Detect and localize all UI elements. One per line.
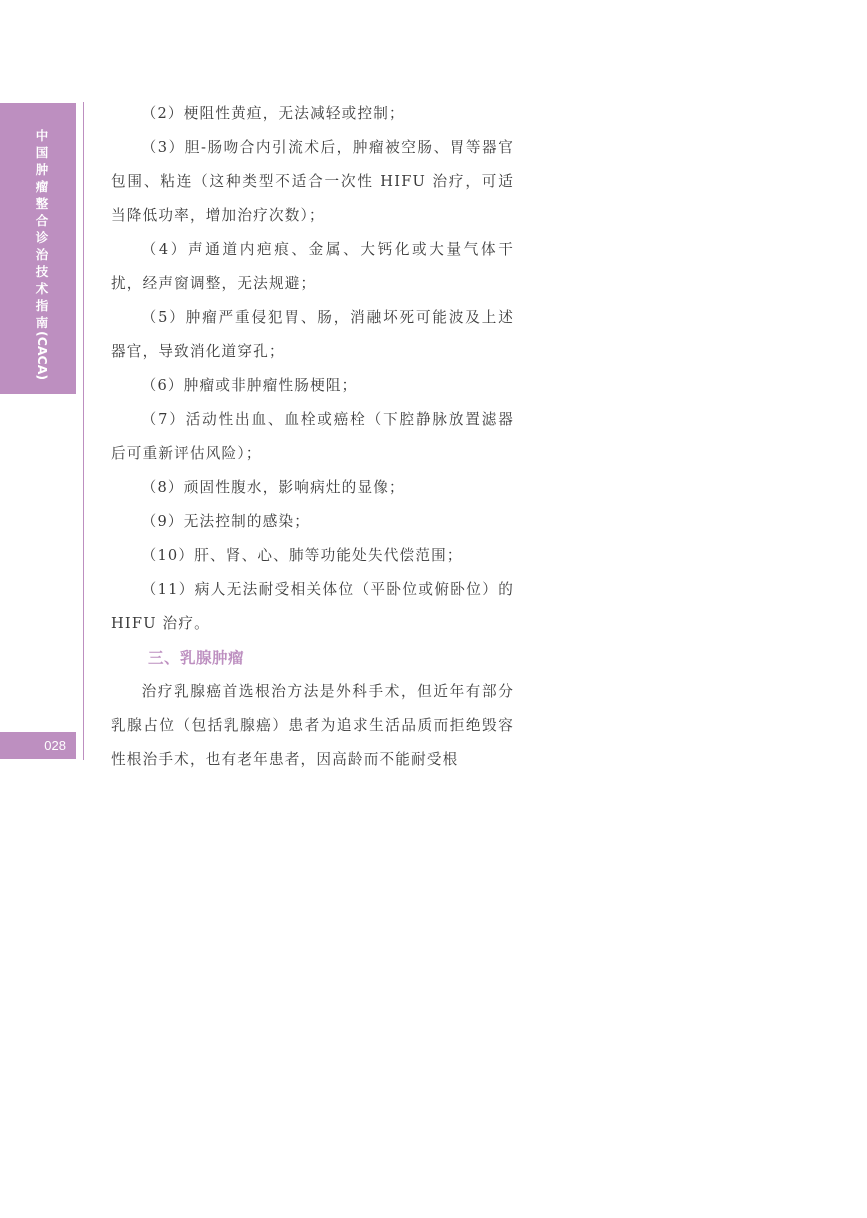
contraindication-item: （11）病人无法耐受相关体位（平卧位或俯卧位）的 HIFU 治疗。 <box>111 573 514 641</box>
page-body: （2）梗阻性黄疸，无法减轻或控制； （3）胆-肠吻合内引流术后，肿瘤被空肠、胃等… <box>111 97 514 777</box>
contraindication-item: （3）胆-肠吻合内引流术后，肿瘤被空肠、胃等器官包围、粘连（这种类型不适合一次性… <box>111 131 514 233</box>
book-title-abbr: (CACA) <box>34 331 51 380</box>
page-number-tab: 028 <box>0 732 76 759</box>
section-heading: 三、乳腺肿瘤 <box>111 641 514 675</box>
book-title-cn: 中国肿瘤整合诊治技术指南 <box>36 128 49 330</box>
margin-divider-line <box>83 102 84 760</box>
contraindication-item: （4）声通道内疤痕、金属、大钙化或大量气体干扰，经声窗调整，无法规避； <box>111 233 514 301</box>
page-number: 028 <box>44 737 66 754</box>
contraindication-item: （8）顽固性腹水，影响病灶的显像； <box>111 471 514 505</box>
contraindication-item: （6）肿瘤或非肿瘤性肠梗阻； <box>111 369 514 403</box>
book-title-tab: 中国肿瘤整合诊治技术指南(CACA) <box>0 103 76 394</box>
contraindication-item: （2）梗阻性黄疸，无法减轻或控制； <box>111 97 514 131</box>
contraindication-item: （5）肿瘤严重侵犯胃、肠，消融坏死可能波及上述器官，导致消化道穿孔； <box>111 301 514 369</box>
section-paragraph: 治疗乳腺癌首选根治方法是外科手术，但近年有部分乳腺占位（包括乳腺癌）患者为追求生… <box>111 675 514 777</box>
contraindication-item: （10）肝、肾、心、肺等功能处失代偿范围； <box>111 539 514 573</box>
book-title: 中国肿瘤整合诊治技术指南(CACA) <box>34 127 50 380</box>
contraindication-item: （9）无法控制的感染； <box>111 505 514 539</box>
contraindication-item: （7）活动性出血、血栓或癌栓（下腔静脉放置滤器后可重新评估风险）； <box>111 403 514 471</box>
